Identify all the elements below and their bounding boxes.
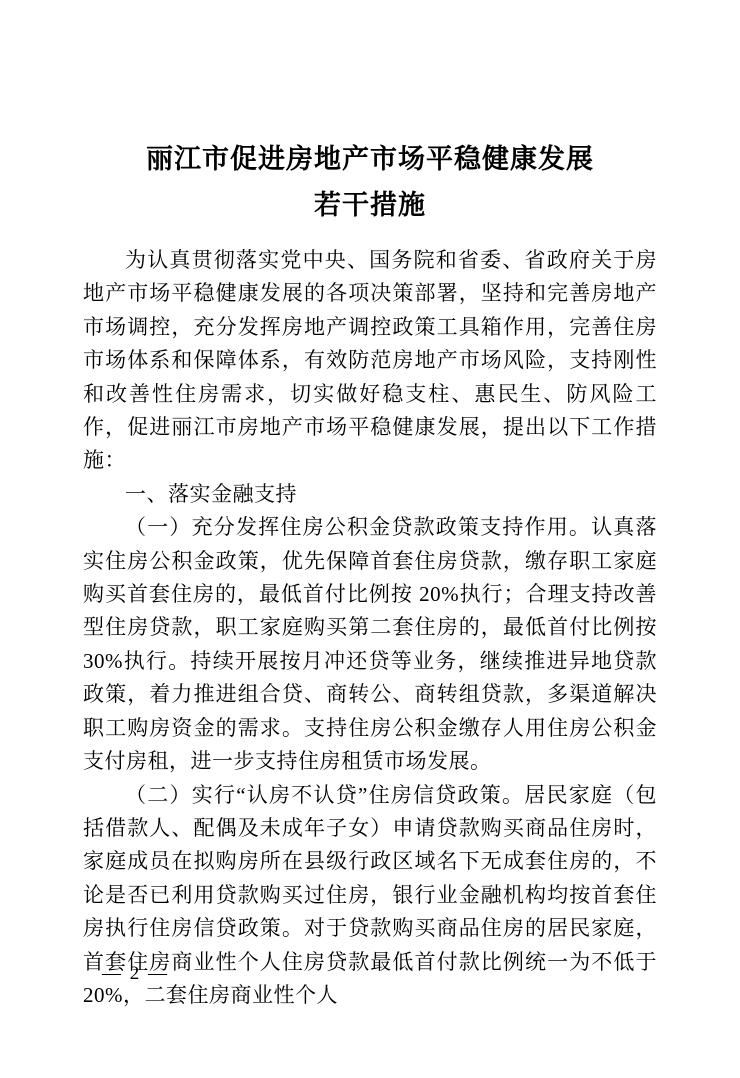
page-number: — 2 — xyxy=(102,963,169,985)
paragraph-intro: 为认真贯彻落实党中央、国务院和省委、省政府关于房地产市场平稳健康发展的各项决策部… xyxy=(83,244,657,478)
document-title: 丽江市促进房地产市场平稳健康发展 若干措施 xyxy=(0,0,740,228)
paragraph-measure-1: （一）充分发挥住房公积金贷款政策支持作用。认真落实住房公积金政策，优先保障首套住… xyxy=(83,511,657,778)
document-title-line-1: 丽江市促进房地产市场平稳健康发展 xyxy=(0,136,740,182)
document-title-line-2: 若干措施 xyxy=(0,182,740,228)
document-page: 丽江市促进房地产市场平稳健康发展 若干措施 为认真贯彻落实党中央、国务院和省委、… xyxy=(0,0,740,1078)
document-body: 为认真贯彻落实党中央、国务院和省委、省政府关于房地产市场平稳健康发展的各项决策部… xyxy=(83,244,657,1012)
paragraph-measure-2: （二）实行“认房不认贷”住房信贷政策。居民家庭（包括借款人、配偶及未成年子女）申… xyxy=(83,779,657,1013)
section-heading-1: 一、落实金融支持 xyxy=(83,478,657,511)
